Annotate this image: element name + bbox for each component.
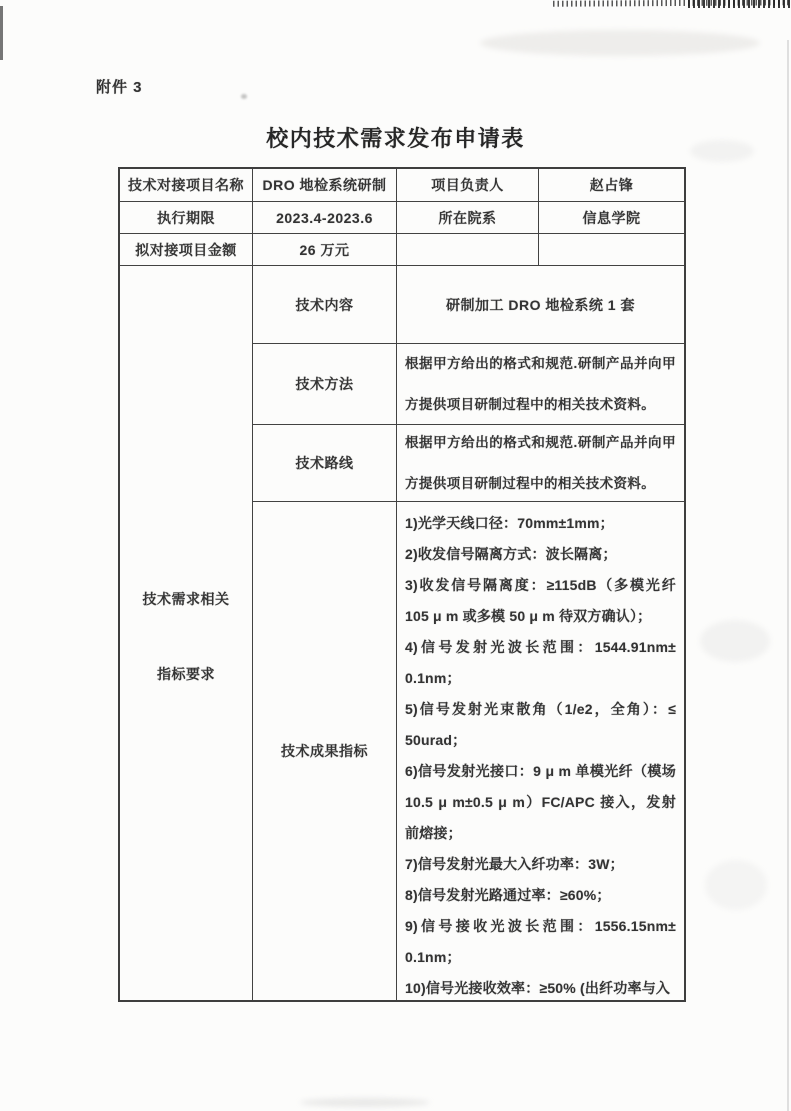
page-title: 校内技术需求发布申请表 [0, 122, 791, 153]
spec-item: 3)收发信号隔离度：≥115dB（多模光纤 105 μ m 或多模 50 μ m… [405, 570, 676, 632]
spec-item: 6)信号发射光接口：9 μ m 单模光纤（模场 10.5 μ m±0.5 μ m… [405, 756, 676, 849]
spec-item: 5)信号发射光束散角（1/e2，全角）：≤ 50urad； [405, 694, 676, 756]
field-value-department: 信息学院 [539, 202, 684, 234]
scanned-page: { "page": { "attachment_label": "附件 3", … [0, 0, 791, 1111]
field-label-empty [397, 234, 539, 266]
field-label-project-name: 技术对接项目名称 [120, 169, 253, 202]
tech-method-text: 根据甲方给出的格式和规范.研制产品并向甲方提供项目研制过程中的相关技术资料。 [397, 344, 684, 425]
spec-item: 1)光学天线口径：70mm±1mm； [405, 508, 676, 539]
scan-left-edge-mark [0, 6, 3, 60]
spec-item: 8)信号发射光路通过率：≥60%； [405, 880, 676, 911]
spec-item: 10)信号光接收效率：≥50% (出纤功率与入 [405, 973, 676, 1000]
spec-item: 2)收发信号隔离方式：波长隔离； [405, 539, 676, 570]
scan-smudge [480, 30, 760, 56]
spec-item: 4)信号发射光波长范围：1544.91nm± 0.1nm； [405, 632, 676, 694]
tech-route-text: 根据甲方给出的格式和规范.研制产品并向甲方提供项目研制过程中的相关技术资料。 [397, 425, 684, 502]
row-value-tech-content: 研制加工 DRO 地检系统 1 套 [397, 266, 684, 344]
scan-smudge [705, 860, 767, 910]
field-label-department: 所在院系 [397, 202, 539, 234]
row-label-tech-method: 技术方法 [253, 344, 397, 425]
spec-item: 7)信号发射光最大入纤功率：3W； [405, 849, 676, 880]
row-value-tech-method: 根据甲方给出的格式和规范.研制产品并向甲方提供项目研制过程中的相关技术资料。 [397, 344, 684, 425]
row-label-tech-content: 技术内容 [253, 266, 397, 344]
row-value-spec: 1)光学天线口径：70mm±1mm； 2)收发信号隔离方式：波长隔离； 3)收发… [397, 502, 684, 1000]
scan-smudge [241, 94, 247, 99]
attachment-label: 附件 3 [96, 76, 143, 97]
scan-page-edge-line [787, 40, 789, 1111]
section-label-tech-requirement: 技术需求相关 指标要求 [120, 266, 253, 1000]
field-label-project-amount: 拟对接项目金额 [120, 234, 253, 266]
field-value-project-leader: 赵占锋 [539, 169, 684, 202]
field-value-project-name: DRO 地检系统研制 [253, 169, 397, 202]
scan-smudge [300, 1098, 430, 1107]
row-label-tech-route: 技术路线 [253, 425, 397, 502]
row-label-spec: 技术成果指标 [253, 502, 397, 1000]
field-label-execution-period: 执行期限 [120, 202, 253, 234]
scan-binding-edge-dark [688, 0, 791, 8]
section-label-line1: 技术需求相关 [143, 589, 230, 609]
row-value-tech-route: 根据甲方给出的格式和规范.研制产品并向甲方提供项目研制过程中的相关技术资料。 [397, 425, 684, 502]
form-table: 技术对接项目名称 DRO 地检系统研制 项目负责人 赵占锋 执行期限 2023.… [118, 167, 686, 1002]
field-label-project-leader: 项目负责人 [397, 169, 539, 202]
spec-item: 9)信号接收光波长范围：1556.15nm± 0.1nm； [405, 911, 676, 973]
field-value-project-amount: 26 万元 [253, 234, 397, 266]
field-value-empty [539, 234, 684, 266]
section-label-line2: 指标要求 [157, 664, 215, 684]
scan-smudge [700, 620, 770, 662]
field-value-execution-period: 2023.4-2023.6 [253, 202, 397, 234]
